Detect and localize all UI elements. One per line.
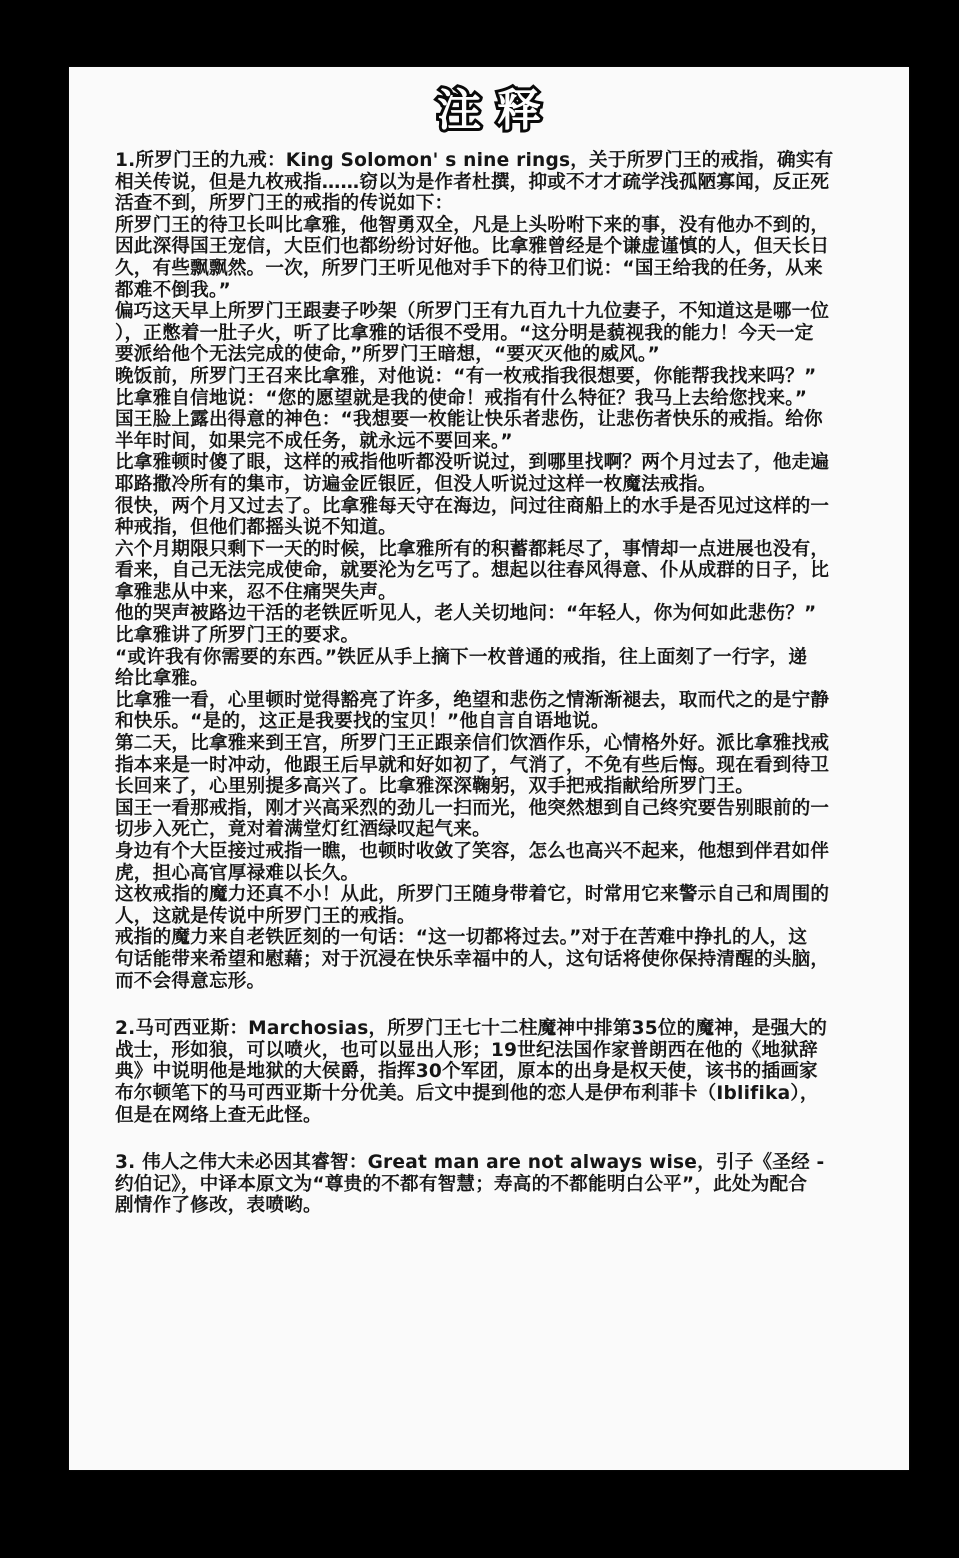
text-line: 国王脸上露出得意的神色：“我想要一枚能让快乐者悲伤，让悲伤者快乐的戒指。给你 xyxy=(115,409,869,431)
text-line: 因此深得国王宠信，大臣们也都纷纷讨好他。比拿雅曾经是个谦虚谨慎的人，但天长日 xyxy=(115,236,869,258)
text-line: 所罗门王的待卫长叫比拿雅，他智勇双全，凡是上头吩咐下来的事，没有他办不到的， xyxy=(115,215,869,237)
text-line: 久，有些飘飘然。一次，所罗门王听见他对手下的待卫们说：“国王给我的任务，从来 xyxy=(115,258,869,280)
text-line: 身边有个大臣接过戒指一瞧，也顿时收敛了笑容，怎么也高兴不起来，他想到伴君如伴 xyxy=(115,841,869,863)
text-line: 戒指的魔力来自老铁匠刻的一句话：“这一切都将过去。”对于在苦难中挣扎的人，这 xyxy=(115,927,869,949)
text-line: 半年时间，如果完不成任务，就永远不要回来。” xyxy=(115,431,869,453)
notes-text-area: 1.所罗门王的九戒：King Solomon' s nine rings，关于所… xyxy=(115,150,869,1217)
text-line: 这枚戒指的魔力还真不小！从此，所罗门王随身带着它，时常用它来警示自己和周围的 xyxy=(115,884,869,906)
text-line: 都难不倒我。” xyxy=(115,280,869,302)
text-line: 六个月期限只剩下一天的时候，比拿雅所有的积蓄都耗尽了，事情却一点进展也没有， xyxy=(115,539,869,561)
page-background: 注释 1.所罗门王的九戒：King Solomon' s nine rings，… xyxy=(0,0,959,1558)
text-line: 要派给他个无法完成的使命，”所罗门王暗想，“要灭灭他的威风。” xyxy=(115,344,869,366)
text-line: 长回来了，心里别提多高兴了。比拿雅深深鞠躬，双手把戒指献给所罗门王。 xyxy=(115,776,869,798)
text-line: 耶路撒冷所有的集市，访遍金匠银匠，但没人听说过这样一枚魔法戒指。 xyxy=(115,474,869,496)
text-line: 晚饭前，所罗门王召来比拿雅，对他说：“有一枚戒指我很想要，你能帮我找来吗？” xyxy=(115,366,869,388)
page-title: 注释 xyxy=(69,88,909,134)
notes-page: 注释 1.所罗门王的九戒：King Solomon' s nine rings，… xyxy=(69,67,909,1470)
text-line: 第二天，比拿雅来到王宫，所罗门王正跟亲信们饮酒作乐，心情格外好。派比拿雅找戒 xyxy=(115,733,869,755)
text-line: 人，这就是传说中所罗门王的戒指。 xyxy=(115,906,869,928)
text-line: 虎，担心高官厚禄难以长久。 xyxy=(115,863,869,885)
text-line: 约伯记》，中译本原文为“尊贵的不都有智慧；寿高的不都能明白公平”，此处为配合 xyxy=(115,1174,869,1196)
text-line: 种戒指，但他们都摇头说不知道。 xyxy=(115,517,869,539)
text-line: “或许我有你需要的东西。”铁匠从手上摘下一枚普通的戒指，往上面刻了一行字，递 xyxy=(115,647,869,669)
text-line: 看来，自己无法完成使命，就要沦为乞丐了。想起以往春风得意、仆从成群的日子，比 xyxy=(115,560,869,582)
text-line: 3. 伟人之伟大未必因其睿智：Great man are not always … xyxy=(115,1152,869,1174)
text-line: 而不会得意忘形。 xyxy=(115,971,869,993)
text-line: 给比拿雅。 xyxy=(115,668,869,690)
text-line: 句话能带来希望和慰藉；对于沉浸在快乐幸福中的人，这句话将使你保持清醒的头脑， xyxy=(115,949,869,971)
text-line: 和快乐。“是的，这正是我要找的宝贝！”他自言自语地说。 xyxy=(115,711,869,733)
text-line: 战士，形如狼，可以喷火，也可以显出人形；19世纪法国作家普朗西在他的《地狱辞 xyxy=(115,1040,869,1062)
text-line: 偏巧这天早上所罗门王跟妻子吵架（所罗门王有九百九十九位妻子，不知道这是哪一位 xyxy=(115,301,869,323)
text-line: 比拿雅讲了所罗门王的要求。 xyxy=(115,625,869,647)
note-block-3: 3. 伟人之伟大未必因其睿智：Great man are not always … xyxy=(115,1152,869,1217)
note-block-2: 2.马可西亚斯：Marchosias，所罗门王七十二柱魔神中排第35位的魔神，是… xyxy=(115,1018,869,1126)
text-line: 布尔顿笔下的马可西亚斯十分优美。后文中提到他的恋人是伊布利菲卡（Iblifika… xyxy=(115,1083,869,1105)
text-line: 相关传说，但是九枚戒指……窃以为是作者杜撰，抑或不才才疏学浅孤陋寡闻，反正死 xyxy=(115,172,869,194)
text-line: 2.马可西亚斯：Marchosias，所罗门王七十二柱魔神中排第35位的魔神，是… xyxy=(115,1018,869,1040)
text-line: ），正憋着一肚子火，听了比拿雅的话很不受用。“这分明是藐视我的能力！今天一定 xyxy=(115,323,869,345)
text-line: 国王一看那戒指，刚才兴高采烈的劲儿一扫而光，他突然想到自己终究要告别眼前的一 xyxy=(115,798,869,820)
text-line: 1.所罗门王的九戒：King Solomon' s nine rings，关于所… xyxy=(115,150,869,172)
text-line: 活查不到，所罗门王的戒指的传说如下： xyxy=(115,193,869,215)
text-line: 比拿雅自信地说：“您的愿望就是我的使命！戒指有什么特征？我马上去给您找来。” xyxy=(115,388,869,410)
text-line: 他的哭声被路边干活的老铁匠听见人，老人关切地问：“年轻人，你为何如此悲伤？” xyxy=(115,603,869,625)
text-line: 比拿雅一看，心里顿时觉得豁亮了许多，绝望和悲伤之情渐渐褪去，取而代之的是宁静 xyxy=(115,690,869,712)
text-line: 比拿雅顿时傻了眼，这样的戒指他听都没听说过，到哪里找啊？两个月过去了，他走遍 xyxy=(115,452,869,474)
text-line: 拿雅悲从中来，忍不住痛哭失声。 xyxy=(115,582,869,604)
note-block-1: 1.所罗门王的九戒：King Solomon' s nine rings，关于所… xyxy=(115,150,869,992)
text-line: 典》中说明他是地狱的大侯爵，指挥30个军团，原本的出身是权天使，该书的插画家 xyxy=(115,1061,869,1083)
text-line: 但是在网络上查无此怪。 xyxy=(115,1105,869,1127)
text-line: 很快，两个月又过去了。比拿雅每天守在海边，问过往商船上的水手是否见过这样的一 xyxy=(115,496,869,518)
text-line: 指本来是一时冲动，他跟王后早就和好如初了，气消了，不免有些后悔。现在看到待卫 xyxy=(115,755,869,777)
text-line: 剧情作了修改，表喷哟。 xyxy=(115,1195,869,1217)
text-line: 切步入死亡，竟对着满堂灯红酒绿叹起气来。 xyxy=(115,819,869,841)
